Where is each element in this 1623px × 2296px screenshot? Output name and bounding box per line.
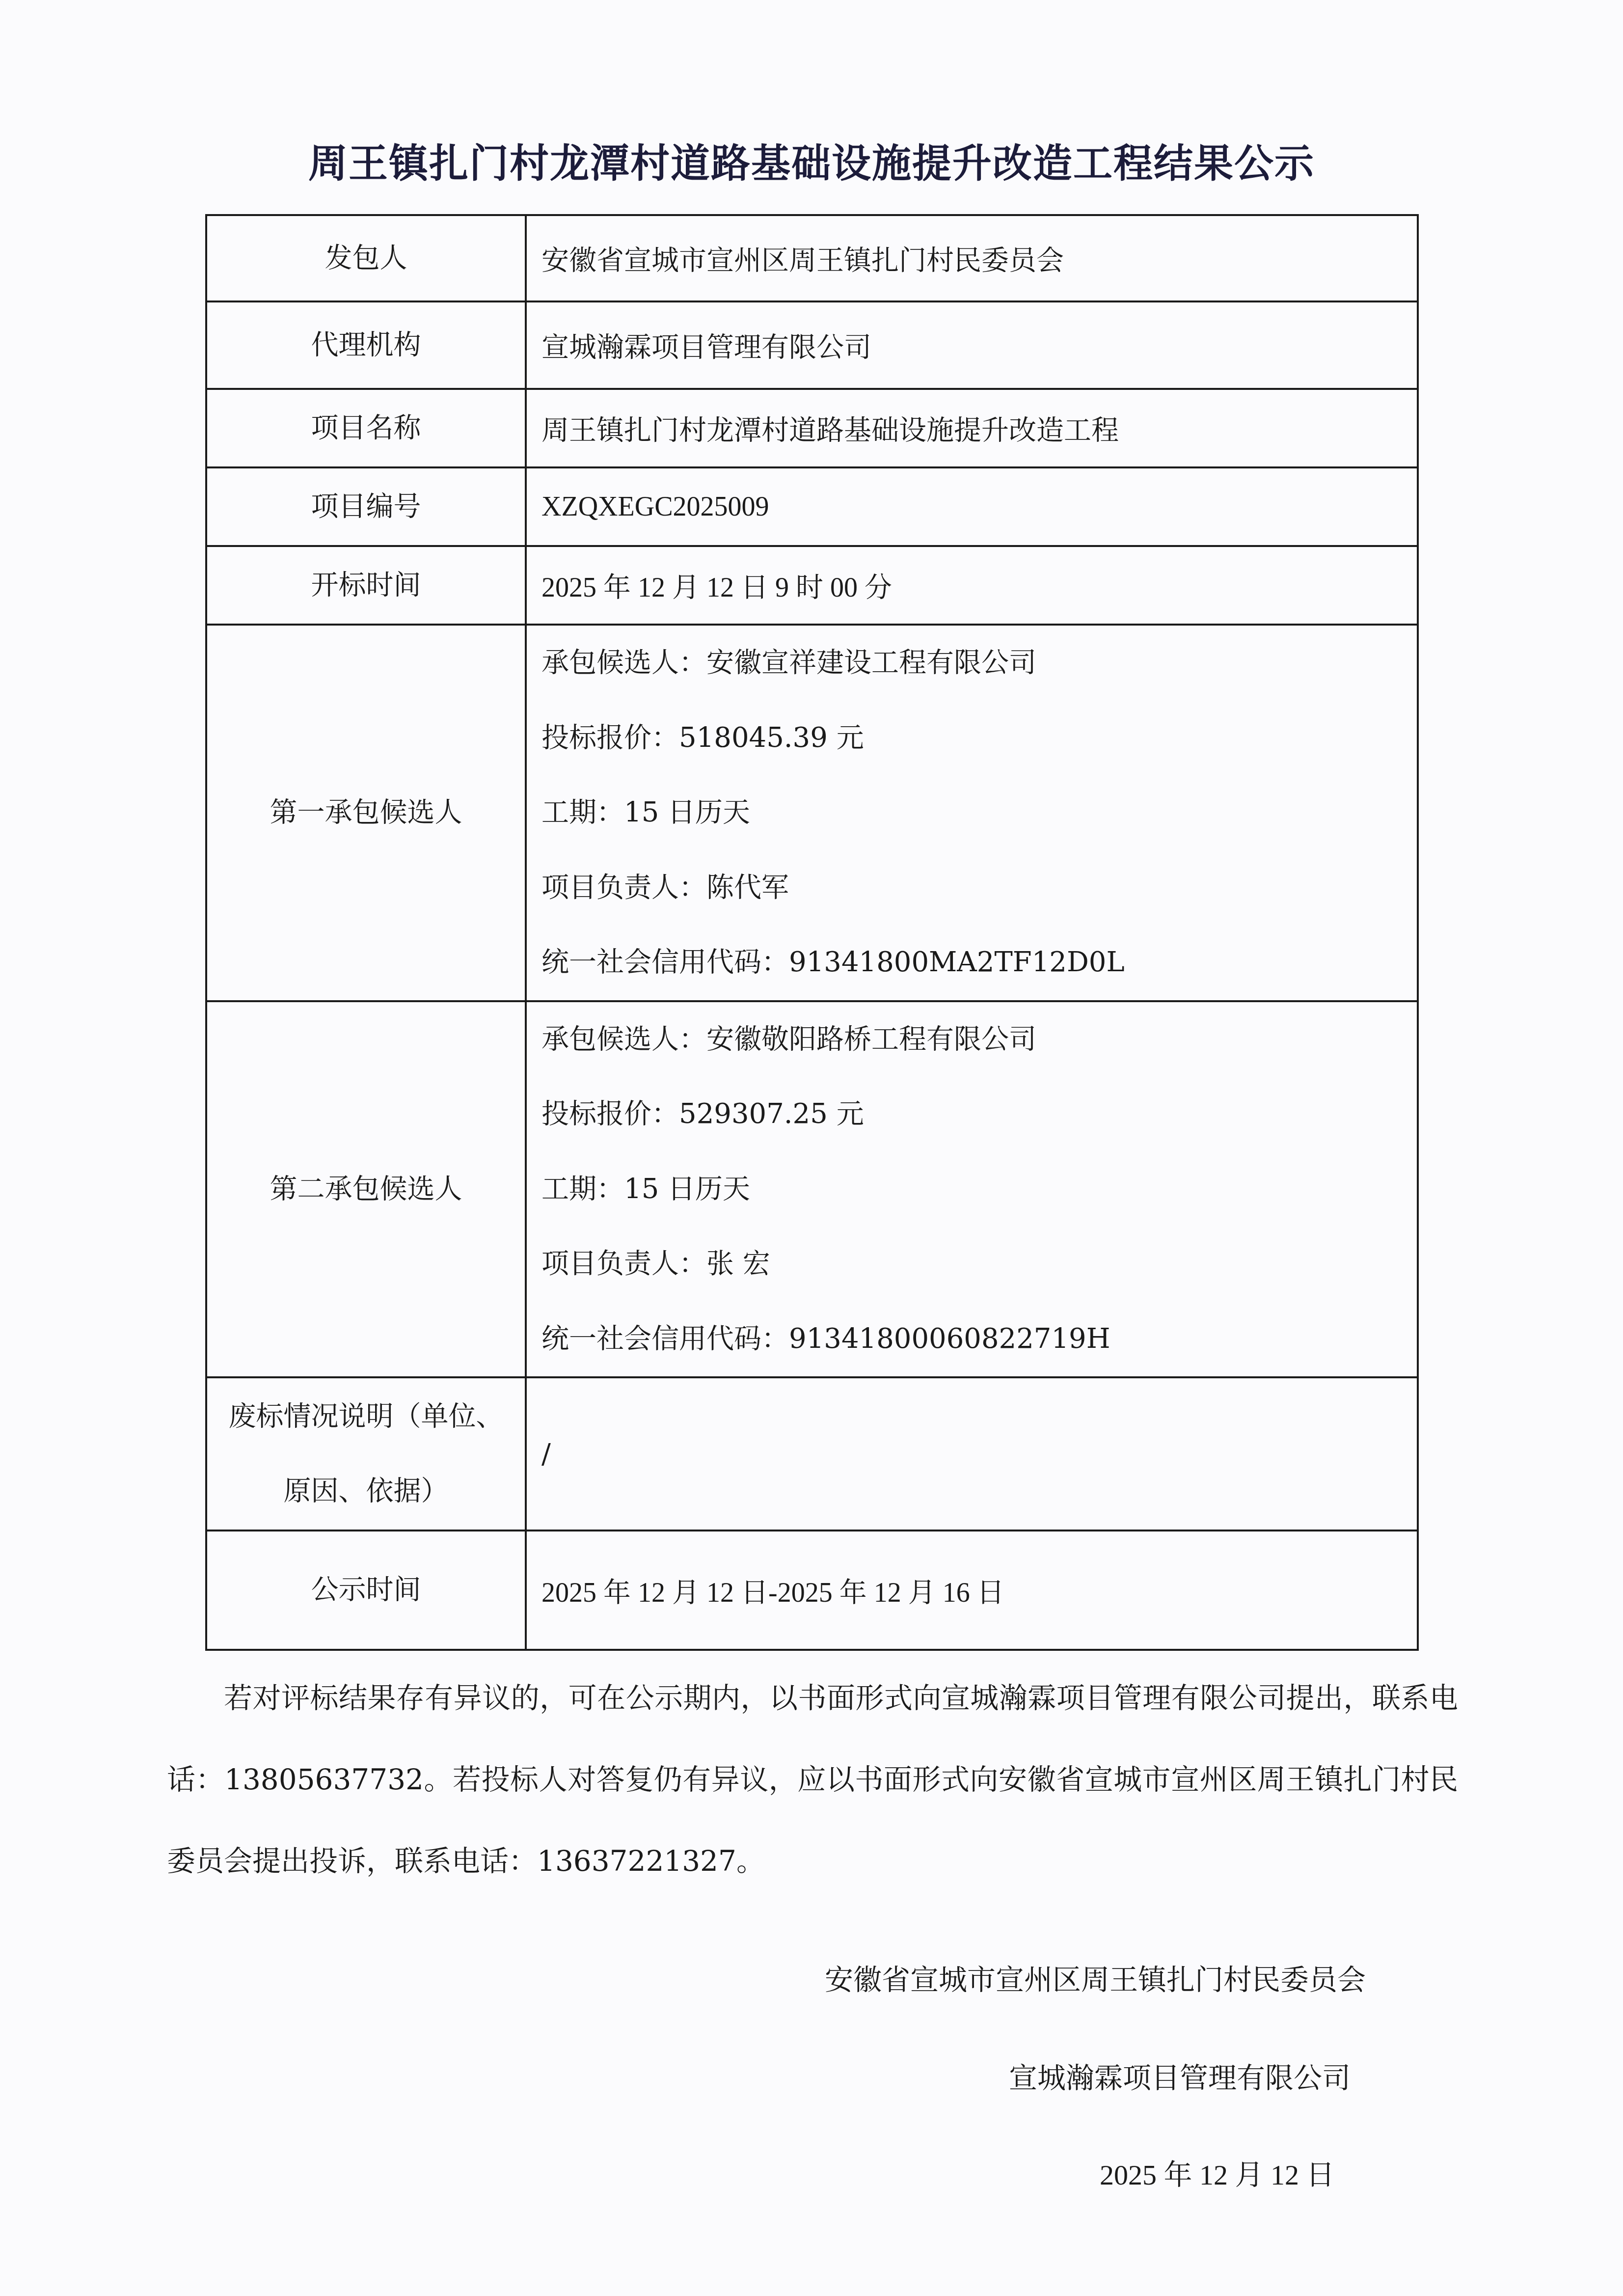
row-label: 项目编号: [206, 467, 526, 546]
table-row-agency: 代理机构 宣城瀚霖项目管理有限公司: [206, 301, 1418, 389]
row-value: 周王镇扎门村龙潭村道路基础设施提升改造工程: [526, 389, 1418, 467]
signature-agent: 宣城瀚霖项目管理有限公司: [1009, 2055, 1351, 2096]
row-label: 废标情况说明（单位、 原因、依据）: [206, 1377, 526, 1531]
signature-date: 2025 年 12 月 12 日: [1100, 2152, 1335, 2193]
row-value: 2025 年 12 月 12 日-2025 年 12 月 16 日: [526, 1531, 1418, 1650]
candidate-details: 承包候选人：安徽敬阳路桥工程有限公司 投标报价：529307.25 元 工期：1…: [526, 1001, 1418, 1378]
row-value: /: [526, 1377, 1418, 1531]
table-row-invalid-bid: 废标情况说明（单位、 原因、依据） /: [206, 1377, 1418, 1531]
row-value: XZQXEGC2025009: [526, 467, 1418, 546]
row-label: 发包人: [206, 215, 526, 301]
table-row-project-name: 项目名称 周王镇扎门村龙潭村道路基础设施提升改造工程: [206, 389, 1418, 467]
candidate-company: 承包候选人：安徽宣祥建设工程有限公司: [541, 626, 1417, 701]
signature-issuer: 安徽省宣城市宣州区周王镇扎门村民委员会: [825, 1957, 1366, 1998]
candidate-details: 承包候选人：安徽宣祥建设工程有限公司 投标报价：518045.39 元 工期：1…: [526, 625, 1418, 1001]
row-label: 开标时间: [206, 546, 526, 625]
table-row-first-candidate: 第一承包候选人 承包候选人：安徽宣祥建设工程有限公司 投标报价：518045.3…: [206, 625, 1418, 1001]
objection-notice-paragraph: 若对评标结果存有异议的，可在公示期内，以书面形式向宣城瀚霖项目管理有限公司提出，…: [167, 1657, 1458, 1902]
table-row-publicity-period: 公示时间 2025 年 12 月 12 日-2025 年 12 月 16 日: [206, 1531, 1418, 1650]
invalid-bid-label-line1: 废标情况说明（单位、: [207, 1379, 525, 1454]
document-title: 周王镇扎门村龙潭村道路基础设施提升改造工程结果公示: [0, 132, 1623, 188]
candidate-bid-price: 投标报价：518045.39 元: [541, 701, 1417, 776]
table-row-second-candidate: 第二承包候选人 承包候选人：安徽敬阳路桥工程有限公司 投标报价：529307.2…: [206, 1001, 1418, 1378]
row-label: 项目名称: [206, 389, 526, 467]
invalid-bid-label-line2: 原因、依据）: [207, 1454, 525, 1529]
result-table: 发包人 安徽省宣城市宣州区周王镇扎门村民委员会 代理机构 宣城瀚霖项目管理有限公…: [205, 214, 1419, 1651]
candidate-manager: 项目负责人：张 宏: [541, 1227, 1417, 1302]
candidate-credit-code: 统一社会信用代码：91341800MA2TF12D0L: [541, 925, 1417, 1000]
row-label: 第一承包候选人: [206, 625, 526, 1001]
candidate-credit-code: 统一社会信用代码：9134180006082271​9H: [541, 1302, 1417, 1377]
table-row-bid-opening: 开标时间 2025 年 12 月 12 日 9 时 00 分: [206, 546, 1418, 625]
table-row-project-code: 项目编号 XZQXEGC2025009: [206, 467, 1418, 546]
row-value: 宣城瀚霖项目管理有限公司: [526, 301, 1418, 389]
candidate-company: 承包候选人：安徽敬阳路桥工程有限公司: [541, 1002, 1417, 1077]
row-value: 安徽省宣城市宣州区周王镇扎门村民委员会: [526, 215, 1418, 301]
candidate-duration: 工期：15 日历天: [541, 1152, 1417, 1227]
table-row-employer: 发包人 安徽省宣城市宣州区周王镇扎门村民委员会: [206, 215, 1418, 301]
candidate-manager: 项目负责人：陈代军: [541, 850, 1417, 926]
candidate-bid-price: 投标报价：529307.25 元: [541, 1077, 1417, 1152]
row-value: 2025 年 12 月 12 日 9 时 00 分: [526, 546, 1418, 625]
row-label: 代理机构: [206, 301, 526, 389]
candidate-duration: 工期：15 日历天: [541, 775, 1417, 850]
row-label: 第二承包候选人: [206, 1001, 526, 1378]
row-label: 公示时间: [206, 1531, 526, 1650]
